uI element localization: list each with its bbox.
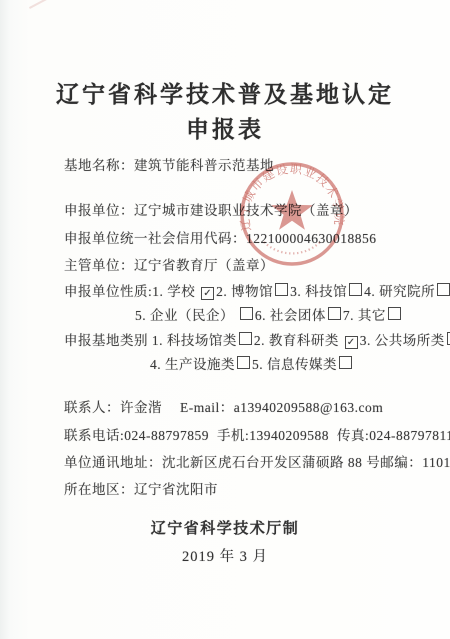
phone-label: 联系电话: — [64, 428, 124, 443]
address-label: 单位通讯地址： — [64, 455, 162, 470]
nature-option-institute: 4. 研究院所 — [364, 284, 450, 299]
address-value: 沈北新区虎石台开发区蒲硕路 88 号 — [162, 455, 380, 470]
checkbox-museum — [275, 283, 288, 296]
nature-option-other: 7. 其它 — [343, 308, 401, 323]
corner-pen-mark — [29, 0, 49, 9]
checkbox-venue — [239, 332, 252, 345]
zip-value: 110122 — [422, 455, 450, 470]
email-value: a13940209588@163.com — [234, 400, 384, 415]
field-unit-nature-row1: 申报单位性质:1. 学校 ✓2. 博物馆3. 科技馆4. 研究院所 — [64, 280, 420, 300]
base-name-value: 建筑节能科普示范基地 — [134, 158, 274, 173]
fax-label: 传真: — [337, 428, 369, 443]
credit-code-label: 申报单位统一社会信用代码： — [64, 231, 246, 246]
field-applicant: 申报单位：辽宁城市建设职业技术学院（盖章） — [64, 199, 420, 219]
base-category-label: 申报基地类别 — [64, 333, 148, 348]
zip-label: 邮编： — [380, 455, 422, 470]
unit-nature-label: 申报单位性质: — [64, 284, 152, 299]
application-form-page: 辽宁省科学技术普及基地认定 申报表 基地名称：建筑节能科普示范基地 申报单位：辽… — [0, 0, 450, 639]
nature-option-museum: 2. 博物馆 — [216, 284, 288, 299]
field-unit-nature-row2: 5. 企业（民企） 6. 社会团体7. 其它 — [135, 304, 420, 324]
field-phones: 联系电话:024-88797859手机:13940209588传真:024-88… — [64, 424, 420, 444]
field-base-category-row2: 4. 生产设施类5. 信息传媒类 — [150, 353, 420, 373]
field-region: 所在地区：辽宁省沈阳市 — [64, 478, 420, 498]
supervisor-value: 辽宁省教育厅（盖章） — [134, 258, 274, 273]
field-base-category-row1: 申报基地类别 1. 科技场馆类2. 教育科研类 ✓3. 公共场所类 — [64, 329, 420, 349]
region-value: 辽宁省沈阳市 — [134, 482, 218, 497]
checkbox-institute — [437, 283, 450, 296]
supervisor-label: 主管单位： — [64, 258, 134, 273]
nature-option-enterprise: 5. 企业（民企） — [135, 308, 253, 323]
nature-option-school: 1. 学校 ✓ — [152, 284, 214, 299]
field-supervisor: 主管单位：辽宁省教育厅（盖章） — [64, 254, 420, 274]
field-base-name: 基地名称：建筑节能科普示范基地 — [64, 154, 420, 174]
footer-issuer: 辽宁省科学技术厅制 — [0, 517, 450, 538]
nature-option-social-group: 6. 社会团体 — [255, 308, 341, 323]
checkbox-education-research-checked: ✓ — [345, 336, 358, 349]
region-label: 所在地区： — [64, 482, 134, 497]
checkbox-enterprise — [240, 307, 253, 320]
contact-person-label: 联系人： — [64, 400, 120, 415]
category-option-production: 4. 生产设施类 — [150, 357, 250, 372]
mobile-label: 手机: — [217, 428, 249, 443]
fax-value: 024-88797811 — [369, 428, 450, 443]
phone-value: 024-88797859 — [124, 428, 209, 443]
form-title-line1: 辽宁省科学技术普及基地认定 — [0, 76, 450, 109]
mobile-value: 13940209588 — [249, 428, 329, 443]
checkbox-other — [388, 307, 401, 320]
field-contact: 联系人：许金湝E-mail：a13940209588@163.com — [64, 396, 420, 416]
applicant-value: 辽宁城市建设职业技术学院（盖章） — [134, 203, 358, 218]
category-option-public-place: 3. 公共场所类 — [360, 333, 450, 348]
checkbox-school-checked: ✓ — [201, 287, 214, 300]
category-option-education-research: 2. 教育科研类 ✓ — [254, 333, 358, 348]
credit-code-value: 122100004630018856 — [246, 231, 377, 246]
footer-date: 2019 年 3 月 — [0, 545, 450, 566]
category-option-venue: 1. 科技场馆类 — [152, 333, 252, 348]
email-label: E-mail： — [180, 400, 234, 415]
checkbox-science-hall — [349, 283, 362, 296]
checkbox-production — [237, 356, 250, 369]
base-name-label: 基地名称： — [64, 158, 134, 173]
checkbox-social-group — [328, 307, 341, 320]
field-credit-code: 申报单位统一社会信用代码：122100004630018856 — [64, 227, 420, 247]
contact-person-value: 许金湝 — [120, 400, 162, 415]
field-address: 单位通讯地址：沈北新区虎石台开发区蒲硕路 88 号邮编：110122 — [64, 451, 420, 471]
category-option-media: 5. 信息传媒类 — [252, 357, 352, 372]
applicant-label: 申报单位： — [64, 203, 134, 218]
form-title-line2: 申报表 — [0, 111, 450, 144]
checkbox-media — [339, 356, 352, 369]
nature-option-science-hall: 3. 科技馆 — [290, 284, 362, 299]
